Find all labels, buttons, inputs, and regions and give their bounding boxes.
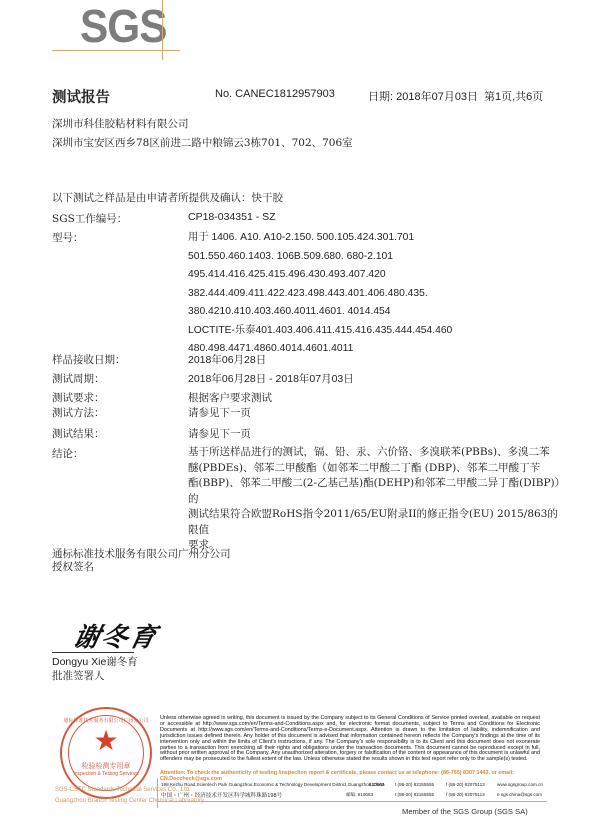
model-list: 用于 1406. A10. A10-2.150. 500.105.424.301… xyxy=(188,229,452,359)
seal-center-cn: 检验检测专用章 xyxy=(62,761,150,771)
conclusion-line: 基于所送样品进行的测试，镉、铅、汞、六价铬、多溴联苯(PBBs)、多溴二苯 xyxy=(188,445,563,461)
conclusion-line: 酯(BBP)、邻苯二甲酸二(2-乙基己基)酯(DEHP)和邻苯二甲酸二异丁酯(D… xyxy=(188,476,563,507)
sgs-group-membership: Member of the SGS Group (SGS SA) xyxy=(402,807,528,816)
test-requirement-label: 测试要求： xyxy=(52,390,105,405)
client-address: 深圳市宝安区西乡78区前进二路中粮锦云3栋701、702、706室 xyxy=(52,137,353,150)
model-line: 382.444.409.411.422.423.498.443.401.406.… xyxy=(188,285,452,304)
model-line: 501.550.460.1403. 106B.509.680. 680-2.10… xyxy=(188,248,452,267)
test-period-label: 测试周期： xyxy=(52,371,105,386)
conclusion-line: 测试结果符合欧盟RoHS指令2011/65/EU附录II的修正指令(EU) 20… xyxy=(188,507,563,538)
model-line: 495.414.416.425.415.496.430.493.407.420 xyxy=(188,266,452,285)
authenticity-notice: Attention: To check the authenticity of … xyxy=(160,770,560,782)
sample-intro: 以下测试之样品是由申请者所提供及确认：快干胶 xyxy=(52,192,283,205)
job-number-value: CP18-034351 - SZ xyxy=(188,211,276,223)
logo-horizontal-rule xyxy=(52,50,180,51)
conclusion-text: 基于所送样品进行的测试，镉、铅、汞、六价铬、多溴联苯(PBBs)、多溴二苯 醚(… xyxy=(188,445,563,554)
signer-name: Dongyu Xie谢冬育 xyxy=(52,656,138,669)
legal-disclaimer: Unless otherwise agreed in writing, this… xyxy=(160,716,540,763)
signature-line xyxy=(52,652,134,653)
model-line: 380.4210.410.403.460.4011.4601. 4014.454 xyxy=(188,303,452,322)
postcode-en: 510663 xyxy=(369,782,384,787)
company-seal: 通标标准技术服务有限公司广州分公司 ★ 检验检测专用章 Inspection &… xyxy=(60,707,152,799)
report-date: 日期: 2018年07月03日 xyxy=(368,88,478,104)
handwritten-signature: 谢冬育 xyxy=(70,617,162,654)
test-result-label: 测试结果： xyxy=(52,426,105,441)
seal-center-en: Inspection & Testing Services xyxy=(62,771,150,777)
issuing-company: 通标标准技术服务有限公司广州分公司 xyxy=(52,548,231,561)
test-requirement-value: 根据客户要求测试 xyxy=(188,390,272,405)
test-result-value: 请参见下一页 xyxy=(188,426,251,441)
conclusion-line: 醚(PBDEs)、邻苯二甲酸酯（如邻苯二甲酸二丁酯 (DBP)、邻苯二甲酸丁苄 xyxy=(188,461,563,477)
address-cn: 中国・广州・经济技术开发区科学城科珠路198号 xyxy=(161,791,282,799)
receive-date-value: 2018年06月28日 xyxy=(188,352,266,367)
test-period-value: 2018年06月28日 - 2018年07月03日 xyxy=(188,371,354,386)
star-icon: ★ xyxy=(62,727,150,755)
address-en: 198 Kezhu Road,Scientech Park Guangzhou … xyxy=(161,782,385,787)
job-number-label: SGS工作编号： xyxy=(52,211,127,226)
telephone-cn: t (86-20) 82155555 xyxy=(395,792,434,797)
email-link[interactable]: e sgs.china@sgs.com xyxy=(497,792,542,797)
postcode-cn: 邮编: 510663 xyxy=(346,792,373,798)
report-title: 测试报告 xyxy=(52,86,110,107)
client-name: 深圳市科佳胶粘材料有限公司 xyxy=(52,118,189,131)
website-link[interactable]: www.sgsgroup.com.cn xyxy=(497,782,543,787)
signer-role: 批准签署人 xyxy=(52,670,105,683)
test-method-value: 请参见下一页 xyxy=(188,405,251,420)
model-label: 型号： xyxy=(52,230,84,245)
sgs-logo: SGS xyxy=(80,3,167,49)
report-number: No. CANEC1812957903 xyxy=(215,88,335,100)
model-line: 用于 1406. A10. A10-2.150. 500.105.424.301… xyxy=(188,229,452,248)
footer-horizontal-rule xyxy=(157,801,547,802)
seal-ring-text: 通标标准技术服务有限公司广州分公司 xyxy=(62,717,150,724)
fax-en: f (86-20) 82075113 xyxy=(446,782,485,787)
receive-date-label: 样品接收日期： xyxy=(52,352,126,367)
fax-cn: f (86-20) 82075113 xyxy=(446,792,485,797)
conclusion-line: 要求。 xyxy=(188,538,563,554)
logo-vertical-rule xyxy=(162,0,163,60)
footer-vertical-rule xyxy=(157,778,158,808)
model-line: LOCTITE-乐泰401.403.406.411.415.416.435.44… xyxy=(188,322,452,341)
authorized-signature-label: 授权签名 xyxy=(52,561,94,574)
conclusion-label: 结论： xyxy=(52,446,84,461)
test-method-label: 测试方法： xyxy=(52,405,105,420)
telephone-en: t (86-20) 82155555 xyxy=(395,782,434,787)
page-indicator: 第1页,共6页 xyxy=(484,88,543,104)
